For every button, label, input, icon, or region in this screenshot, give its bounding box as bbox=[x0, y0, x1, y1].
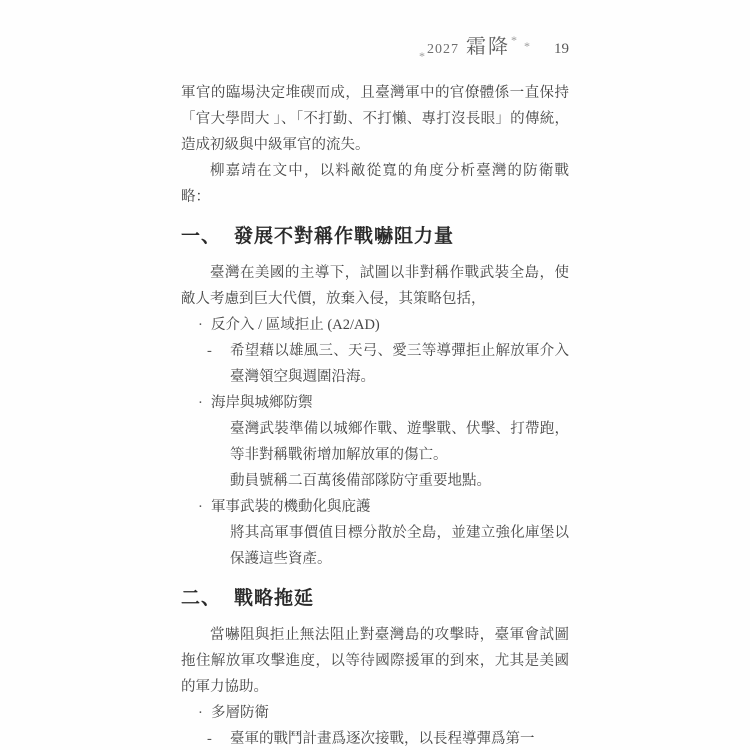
paragraph: 當嚇阻與拒止無法阻止對臺灣島的攻擊時，臺軍會試圖拖住解放軍攻擊進度，以等待國際援… bbox=[181, 622, 569, 700]
list-item: · 反介入 / 區域拒止 (A2/AD) bbox=[181, 312, 569, 338]
decorative-star-icon: * bbox=[524, 39, 530, 54]
paragraph: 臺灣在美國的主導下，試圖以非對稱作戰武裝全島，使敵人考慮到巨大代價，放棄入侵，其… bbox=[181, 260, 569, 312]
paragraph: 柳嘉靖在文中，以料敵從寬的角度分析臺灣的防衛戰略： bbox=[181, 158, 569, 210]
list-subitem: - 臺軍的戰鬥計畫爲逐次接戰，以長程導彈爲第一 bbox=[181, 726, 569, 750]
list-item-text: 希望藉以雄風三、天弓、愛三等導彈拒止解放軍介入臺灣領空與週圍沿海。 bbox=[230, 343, 569, 385]
section-heading-2: 二、 戰略拖延 bbox=[181, 585, 569, 613]
list-item-text: 動員號稱二百萬後備部隊防守重要地點。 bbox=[230, 473, 491, 489]
section-title: 戰略拖延 bbox=[234, 585, 314, 613]
list-item: · 海岸與城鄉防禦 bbox=[181, 390, 569, 416]
list-item-text: 海岸與城鄉防禦 bbox=[211, 395, 313, 411]
section-title: 發展不對稱作戰嚇阻力量 bbox=[234, 223, 454, 251]
header-book-title: 霜降 bbox=[466, 30, 510, 59]
list-subitem: 將其高軍事價值目標分散於全島，並建立強化庫堡以保護這些資產。 bbox=[181, 520, 569, 572]
text-column: * 2027 霜降 * * 19 軍官的臨場決定堆碶而成，且臺灣軍中的官僚體係一… bbox=[181, 30, 569, 750]
list-item: · 多層防衛 bbox=[181, 700, 569, 726]
section-number: 二、 bbox=[181, 585, 221, 613]
bullet-dot-icon: · bbox=[198, 312, 203, 338]
list-item-text: 反介入 / 區域拒止 (A2/AD) bbox=[211, 317, 380, 333]
bullet-dot-icon: · bbox=[198, 700, 203, 726]
decorative-star-icon: * bbox=[511, 33, 517, 48]
book-page: * 2027 霜降 * * 19 軍官的臨場決定堆碶而成，且臺灣軍中的官僚體係一… bbox=[0, 0, 750, 750]
list-subitem: - 希望藉以雄風三、天弓、愛三等導彈拒止解放軍介入臺灣領空與週圍沿海。 bbox=[181, 338, 569, 390]
bullet-dot-icon: · bbox=[198, 494, 203, 520]
list-item-text: 軍事武裝的機動化與庇護 bbox=[211, 499, 371, 515]
decorative-star-icon: * bbox=[419, 49, 425, 64]
page-body: 軍官的臨場決定堆碶而成，且臺灣軍中的官僚體係一直保持「官大學問大 」、「不打勤、… bbox=[181, 80, 569, 750]
running-header: * 2027 霜降 * * 19 bbox=[181, 30, 569, 62]
section-number: 一、 bbox=[181, 223, 221, 251]
list-subitem: 動員號稱二百萬後備部隊防守重要地點。 bbox=[181, 468, 569, 494]
paragraph: 軍官的臨場決定堆碶而成，且臺灣軍中的官僚體係一直保持「官大學問大 」、「不打勤、… bbox=[181, 80, 569, 158]
list-item: · 軍事武裝的機動化與庇護 bbox=[181, 494, 569, 520]
list-item-text: 將其高軍事價值目標分散於全島，並建立強化庫堡以保護這些資產。 bbox=[230, 525, 569, 567]
bullet-dot-icon: · bbox=[198, 390, 203, 416]
list-item-text: 臺灣武裝準備以城鄉作戰、遊擊戰、伏擊、打帶跑，等非對稱戰術增加解放軍的傷亡。 bbox=[230, 421, 569, 463]
bullet-dash-icon: - bbox=[207, 726, 212, 750]
section-heading-1: 一、 發展不對稱作戰嚇阻力量 bbox=[181, 223, 569, 251]
list-item-text: 臺軍的戰鬥計畫爲逐次接戰，以長程導彈爲第一 bbox=[230, 731, 535, 747]
list-subitem: 臺灣武裝準備以城鄉作戰、遊擊戰、伏擊、打帶跑，等非對稱戰術增加解放軍的傷亡。 bbox=[181, 416, 569, 468]
list-item-text: 多層防衛 bbox=[211, 705, 269, 721]
header-year: 2027 bbox=[427, 42, 459, 58]
page-number: 19 bbox=[554, 41, 569, 58]
bullet-dash-icon: - bbox=[207, 338, 212, 364]
